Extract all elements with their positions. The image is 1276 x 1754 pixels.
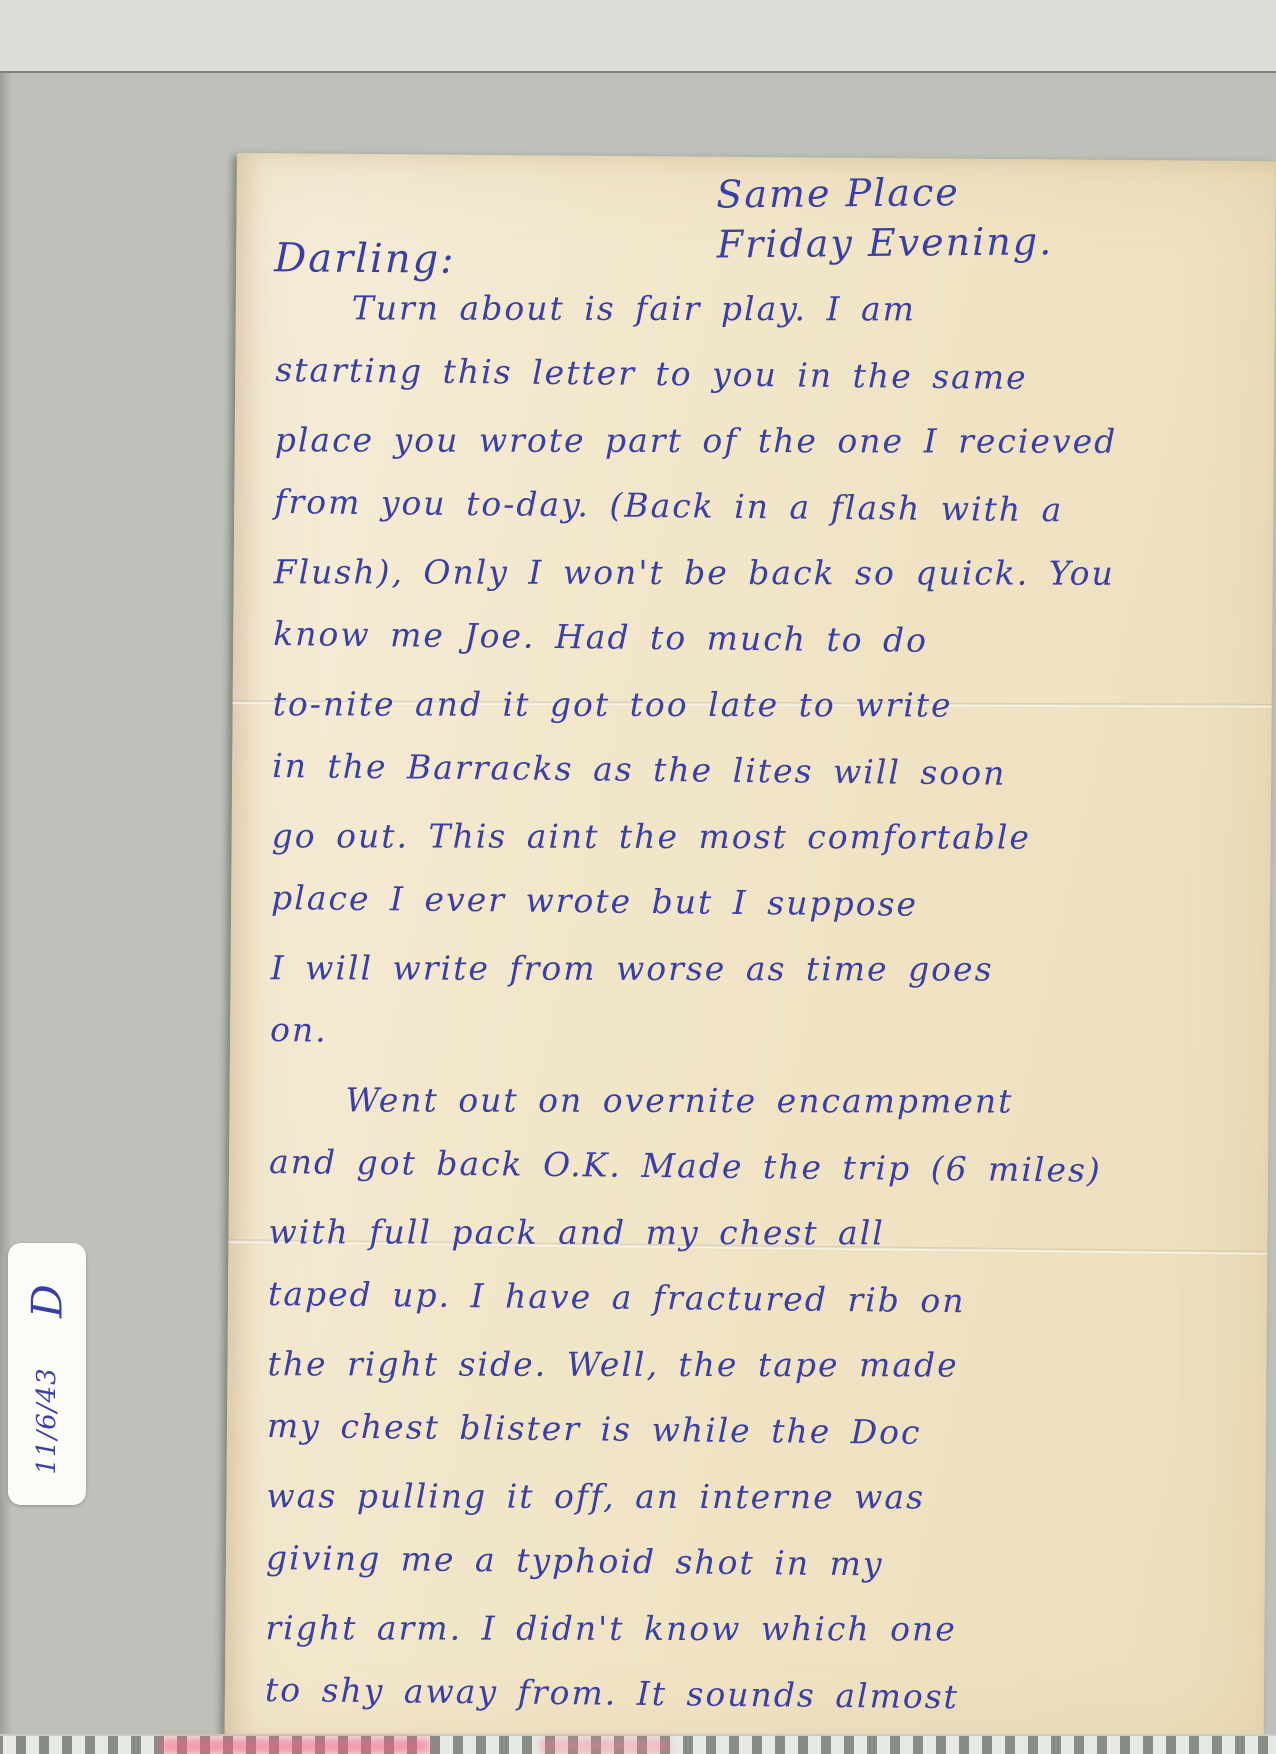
heading-place: Same Place: [716, 164, 1256, 219]
binding-pink-glow: [540, 1738, 670, 1754]
left-edge-shadow: [0, 73, 12, 1754]
letter-line: on.: [270, 1000, 1251, 1076]
letter-line: go out. This aint the most comfortable: [272, 806, 1252, 874]
letter-line: Turn about is fair play. I am: [276, 278, 1256, 346]
letter-line: and got back O.K. Made the trip (6 miles…: [269, 1132, 1250, 1208]
label-date: 11/6/43: [32, 1367, 62, 1474]
letter-line: from you to-day. (Back in a flash with a: [274, 472, 1255, 548]
archival-label: D 11/6/43: [8, 1243, 86, 1505]
letter-line: Flush), Only I won't be back so quick. Y…: [274, 542, 1254, 610]
label-letter: D: [23, 1284, 72, 1318]
heading-day: Friday Evening.: [717, 214, 1257, 269]
letter-line: the right side. Well, the tape made: [267, 1334, 1247, 1402]
letter-paper: Same Place Friday Evening. Darling: Turn…: [224, 153, 1276, 1754]
binding-strip: [0, 1734, 1276, 1754]
letter-line: starting this letter to you in the same: [275, 340, 1256, 416]
letter-line: taped up. I have a fractured rib on: [268, 1264, 1249, 1340]
letter-line: place you wrote part of the one I reciev…: [275, 410, 1255, 478]
letter-line: with full pack and my chest all: [268, 1202, 1248, 1270]
letter-line: know me Joe. Had to much to do: [273, 604, 1254, 680]
letter-body: Turn about is fair play. I am starting t…: [265, 275, 1256, 1735]
letter-line: I will write from worse as time goes: [271, 938, 1251, 1006]
letter-line: Went out on overnite encampment: [269, 1070, 1249, 1138]
letter-line: my chest blister is while the Doc: [267, 1396, 1248, 1472]
letter-line: in the Barracks as the lites will soon: [272, 736, 1253, 812]
letter-line: to shy away from. It sounds almost: [265, 1660, 1246, 1736]
letter-line: right arm. I didn't know which one: [265, 1598, 1245, 1666]
binding-pink-glow: [160, 1738, 430, 1754]
letter-line: was pulling it off, an interne was: [266, 1466, 1246, 1534]
letter-line: to-nite and it got too late to write: [273, 674, 1253, 742]
letter-heading: Same Place Friday Evening.: [716, 164, 1257, 269]
letter-line: giving me a typhoid shot in my: [266, 1528, 1247, 1604]
scanned-letter-page: Same Place Friday Evening. Darling: Turn…: [0, 0, 1276, 1754]
scanner-lid-strip: [0, 0, 1276, 73]
letter-line: place I ever wrote but I suppose: [271, 868, 1252, 944]
